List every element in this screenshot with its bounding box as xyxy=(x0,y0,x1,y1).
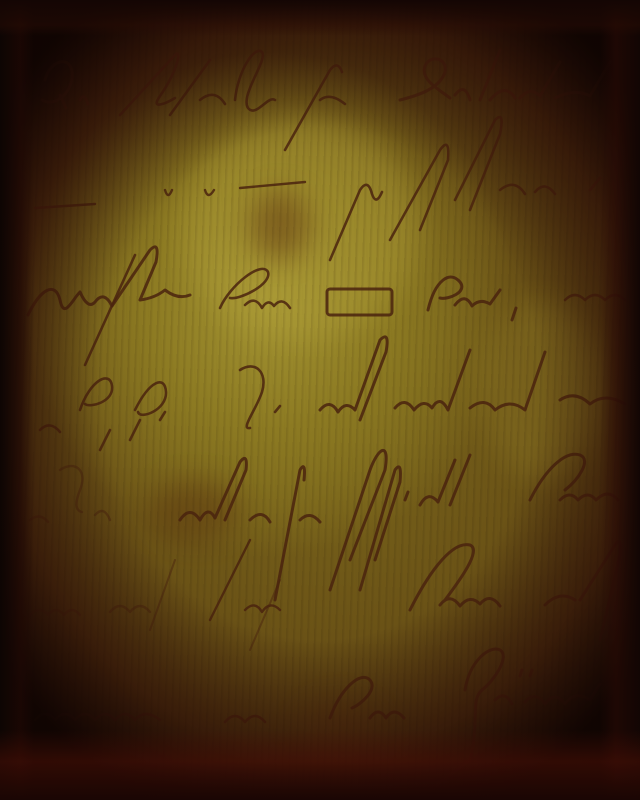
dark-bottom-border xyxy=(0,730,640,800)
aged-manuscript-page: Die hiesige Schiboleth , ... geschehen M… xyxy=(0,0,640,800)
dark-top-border xyxy=(0,0,640,36)
dark-right-border xyxy=(600,0,640,800)
dark-left-border xyxy=(0,0,34,800)
dark-vignette-overlay xyxy=(0,0,640,800)
